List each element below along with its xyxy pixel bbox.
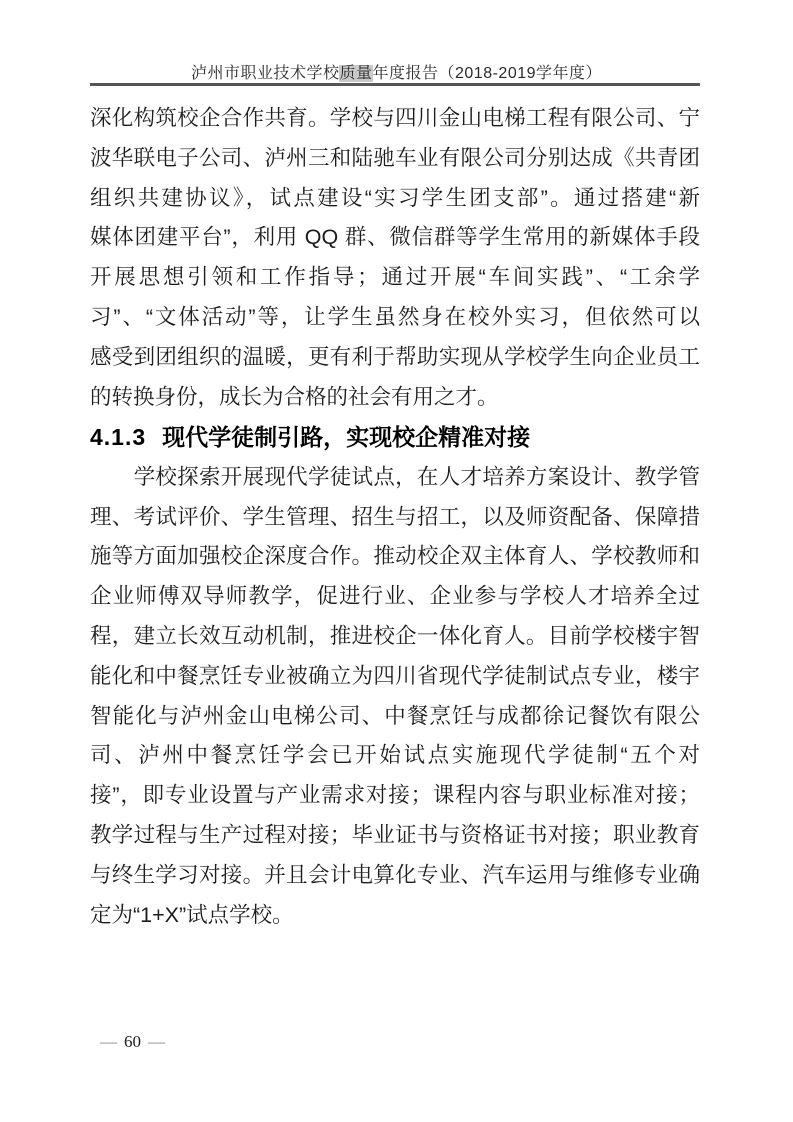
document-body: 深化构筑校企合作共育。学校与四川金山电梯工程有限公司、宁波华联电子公司、泸州三和… bbox=[90, 99, 700, 935]
text-line: 接”，即专业设置与产业需求对接；课程内容与职业标准对接； bbox=[90, 776, 700, 816]
text-line: 司、泸州中餐烹饪学会已开始试点实施现代学徒制“五个对 bbox=[90, 736, 700, 776]
text-line: 施等方面加强校企深度合作。推动校企双主体育人、学校教师和 bbox=[90, 537, 700, 577]
page-header-title: 泸州市职业技术学校质量年度报告（2018-2019学年度） bbox=[0, 60, 793, 83]
text-line: 教学过程与生产过程对接；毕业证书与资格证书对接；职业教育 bbox=[90, 816, 700, 856]
header-title-suffix: 年度报告（2018-2019学年度） bbox=[373, 65, 603, 82]
text-line: 定为“1+X”试点学校。 bbox=[90, 896, 700, 936]
text-line: 的转换身份，成长为合格的社会有用之才。 bbox=[90, 378, 700, 418]
header-title-highlight: 质量 bbox=[339, 65, 372, 82]
section-number: 4.1.3 bbox=[90, 424, 146, 450]
text-line: 波华联电子公司、泸州三和陆驰车业有限公司分别达成《共青团 bbox=[90, 139, 700, 179]
text-line: 智能化与泸州金山电梯公司、中餐烹饪与成都徐记餐饮有限公 bbox=[90, 697, 700, 737]
header-rule bbox=[90, 83, 700, 86]
paragraph-1: 深化构筑校企合作共育。学校与四川金山电梯工程有限公司、宁波华联电子公司、泸州三和… bbox=[90, 99, 700, 417]
page-footer: —60— bbox=[100, 1032, 165, 1052]
text-line: 开展思想引领和工作指导；通过开展“车间实践”、“工余学 bbox=[90, 258, 700, 298]
footer-dash-left: — bbox=[100, 1032, 117, 1051]
text-line: 习”、“文体活动”等，让学生虽然身在校外实习，但依然可以 bbox=[90, 298, 700, 338]
section-heading: 4.1.3现代学徒制引路，实现校企精准对接 bbox=[90, 417, 700, 458]
text-line: 学校探索开展现代学徒试点，在人才培养方案设计、教学管 bbox=[90, 458, 700, 498]
text-line: 能化和中餐烹饪专业被确立为四川省现代学徒制试点专业，楼宇 bbox=[90, 657, 700, 697]
document-page: 泸州市职业技术学校质量年度报告（2018-2019学年度） 深化构筑校企合作共育… bbox=[0, 0, 793, 1122]
footer-dash-right: — bbox=[148, 1032, 165, 1051]
text-line: 深化构筑校企合作共育。学校与四川金山电梯工程有限公司、宁 bbox=[90, 99, 700, 139]
text-line: 媒体团建平台”，利用 QQ 群、微信群等学生常用的新媒体手段 bbox=[90, 218, 700, 258]
text-line: 感受到团组织的温暖，更有利于帮助实现从学校学生向企业员工 bbox=[90, 338, 700, 378]
text-line: 理、考试评价、学生管理、招生与招工，以及师资配备、保障措 bbox=[90, 498, 700, 538]
text-line: 企业师傅双导师教学，促进行业、企业参与学校人才培养全过 bbox=[90, 577, 700, 617]
page-number: 60 bbox=[124, 1032, 141, 1051]
section-title: 现代学徒制引路，实现校企精准对接 bbox=[162, 424, 530, 450]
text-line: 程，建立长效互动机制，推进校企一体化育人。目前学校楼宇智 bbox=[90, 617, 700, 657]
header-title-prefix: 泸州市职业技术学校 bbox=[191, 65, 340, 82]
text-line: 组织共建协议》，试点建设“实习学生团支部”。通过搭建“新 bbox=[90, 179, 700, 219]
text-line: 与终生学习对接。并且会计电算化专业、汽车运用与维修专业确 bbox=[90, 856, 700, 896]
paragraph-2: 学校探索开展现代学徒试点，在人才培养方案设计、教学管理、考试评价、学生管理、招生… bbox=[90, 458, 700, 936]
